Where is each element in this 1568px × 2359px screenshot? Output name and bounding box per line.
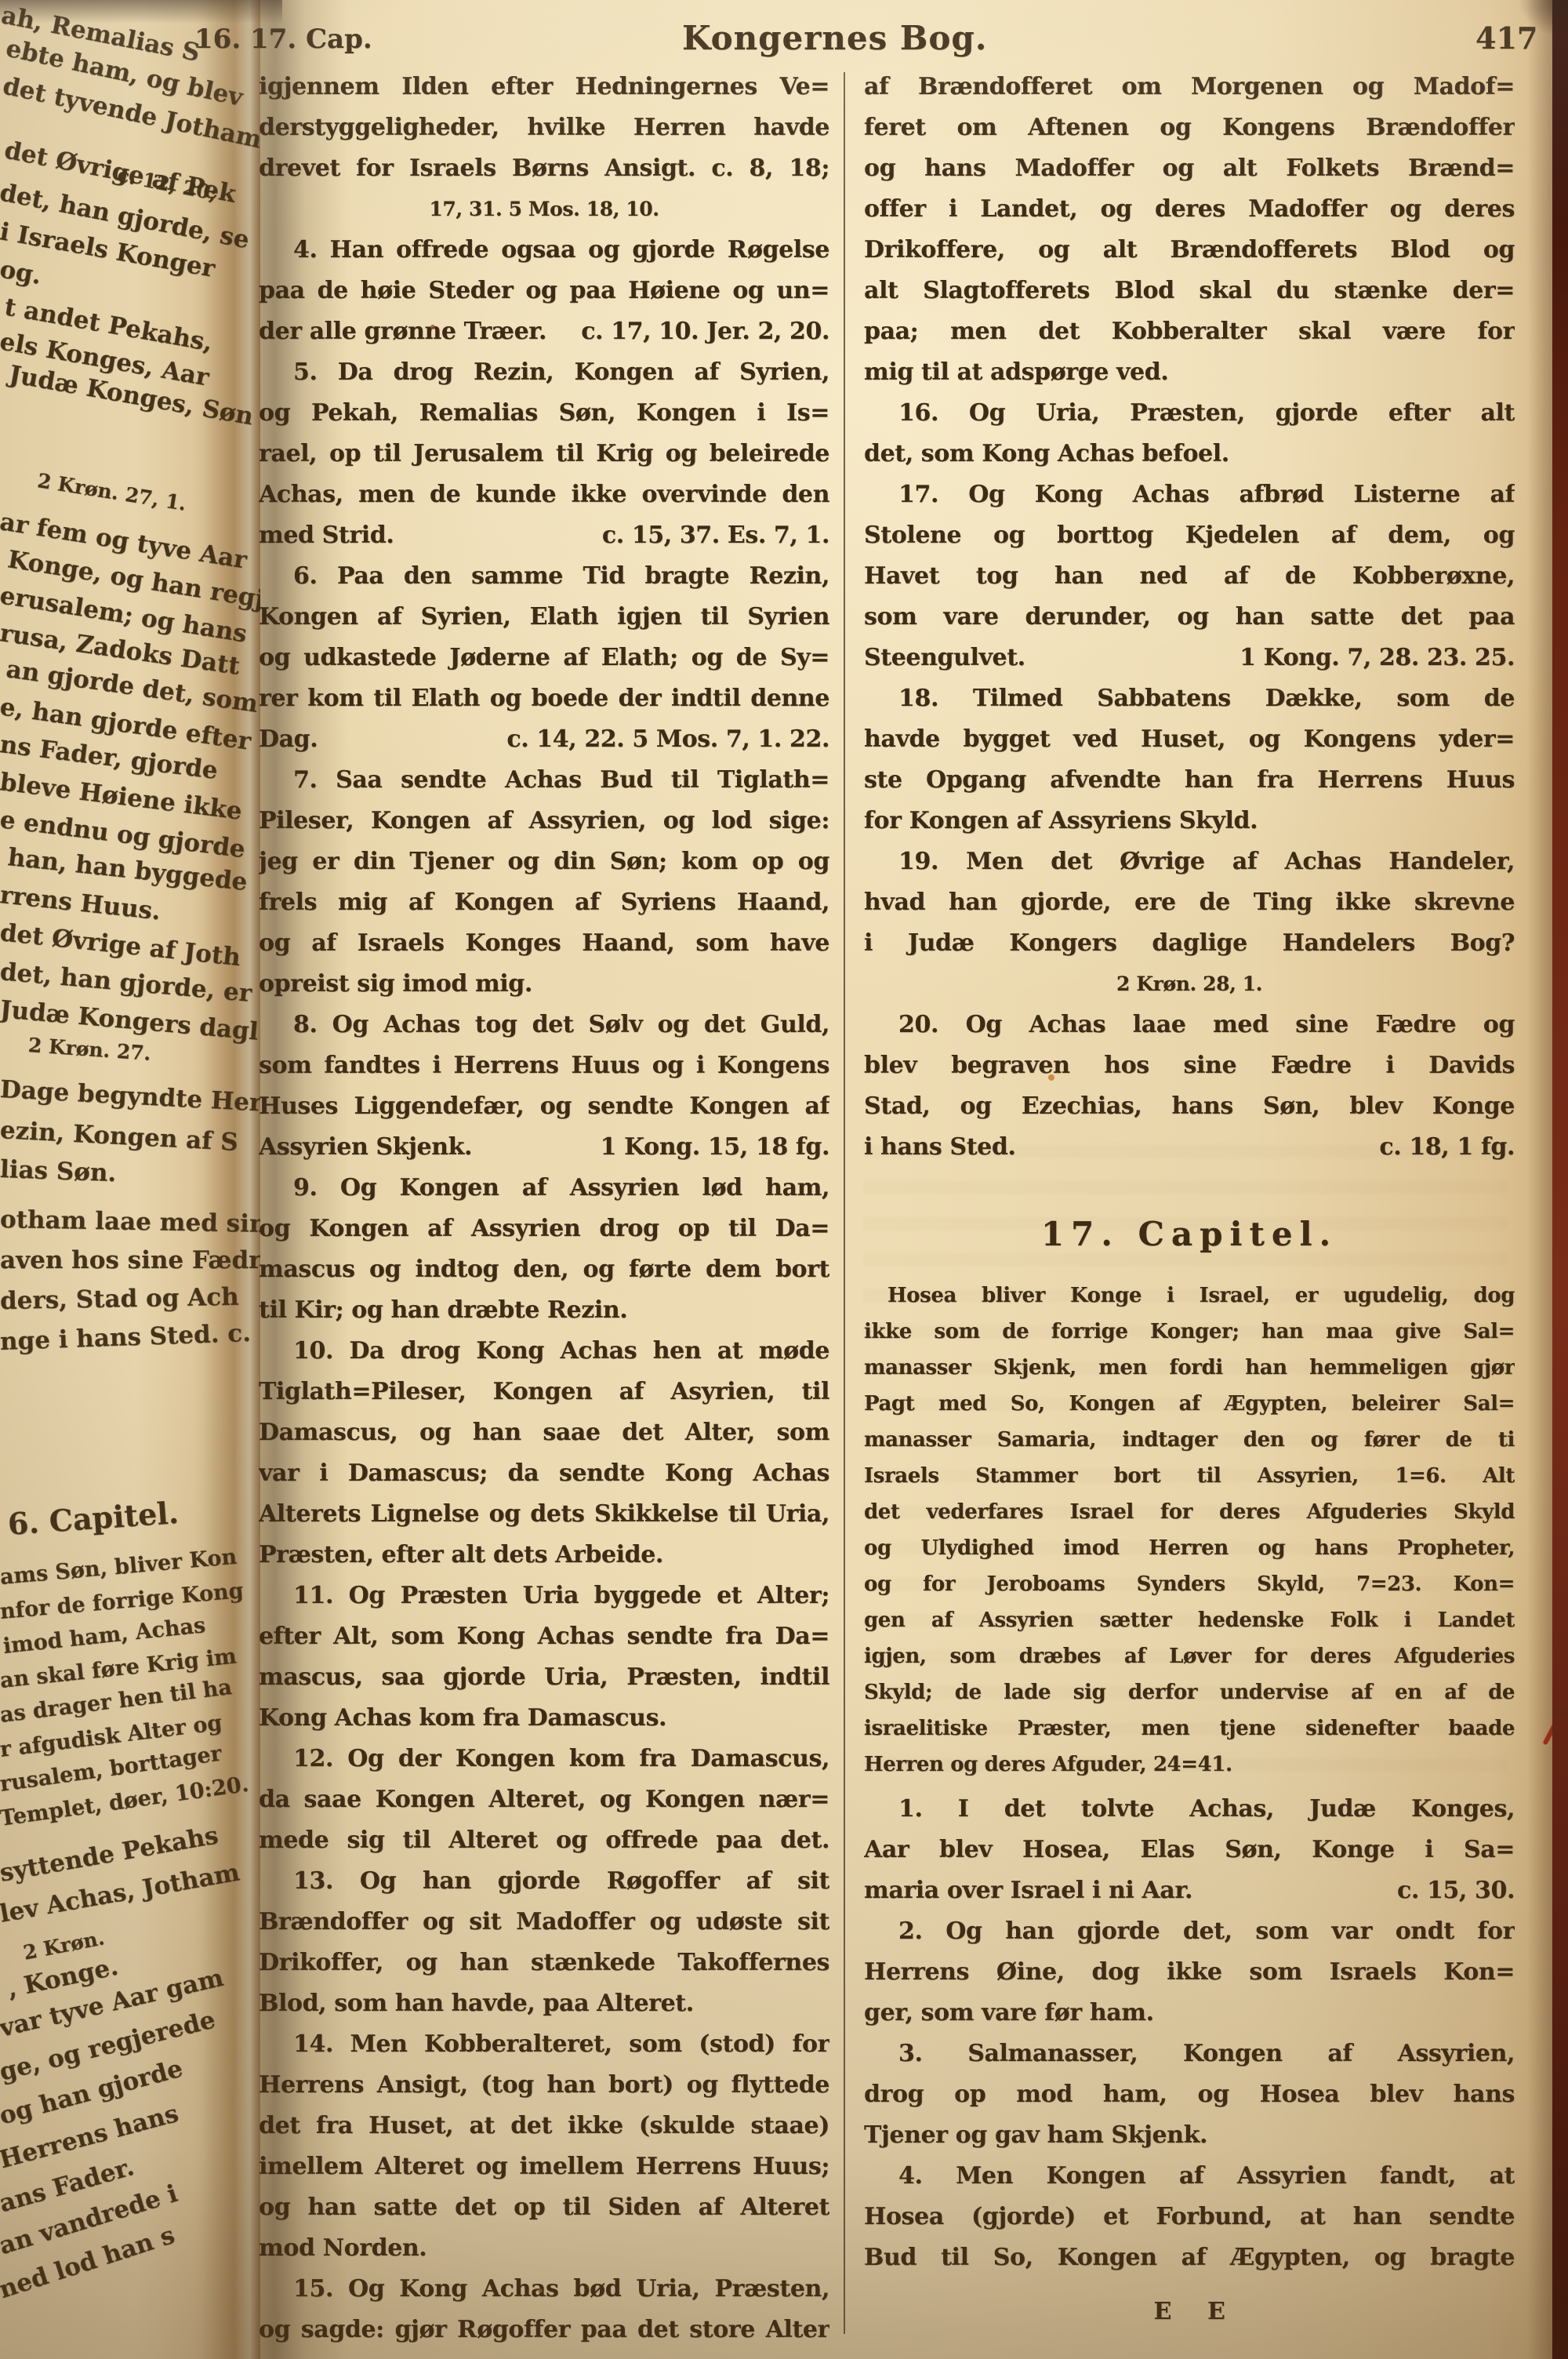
spine-text-fragment: Dage begyndte Herr — [0, 1078, 260, 1116]
book-page-photo: ah, Remalias Sebte ham, og blevdet tyven… — [0, 0, 1568, 2359]
verse-text-line: 10. Da drog Kong Achas hen at møde — [259, 1331, 829, 1372]
verse-text-line: i hans Sted.c. 18, 1 fg. — [864, 1127, 1515, 1168]
verse-text-line: og udkastede Jøderne af Elath; og de Sy= — [259, 638, 829, 678]
spine-text-fragment: ders, Stad og Ach — [0, 1285, 239, 1314]
verse-text-line: og Pekah, Remalias Søn, Kongen i Is= — [259, 393, 829, 434]
right-text-column: af Brændofferet om Morgenen og Madof=fer… — [864, 67, 1515, 2325]
verse-text: Assyrien Skjenk. — [259, 1127, 472, 1168]
signature-mark: E E — [864, 2278, 1515, 2325]
verse-text: Dag. — [259, 719, 318, 760]
verse-text-line: Tjener og gav ham Skjenk. — [864, 2115, 1515, 2156]
verse-text-line: mod Norden. — [259, 2228, 829, 2269]
verse-text-line: drevet for Israels Børns Ansigt. c. 8, 1… — [259, 148, 829, 189]
chapter-summary-line: det vederfares Israel for deres Afguderi… — [864, 1494, 1515, 1530]
verse-text-line: maria over Israel i ni Aar.c. 15, 30. — [864, 1870, 1515, 1911]
verse-text-line: 11. Og Præsten Uria byggede et Alter; — [259, 1576, 829, 1616]
cross-reference: c. 14, 22. 5 Mos. 7, 1. 22. — [506, 719, 829, 760]
cross-reference: c. 15, 30. — [1397, 1870, 1515, 1911]
column-divider-rule — [844, 72, 845, 2334]
cross-reference: 1 Kong. 7, 28. 23. 25. — [1240, 638, 1515, 678]
verse-text-line: for Kongen af Assyriens Skyld. — [864, 801, 1515, 841]
chapter-summary-line: manasser Skjenk, men fordi han hemmelige… — [864, 1350, 1515, 1386]
verse-text-line: 18. Tilmed Sabbatens Dække, som de — [864, 678, 1515, 719]
spine-text-fragment: lias Søn. — [0, 1158, 117, 1186]
corner-shadow — [1497, 0, 1568, 55]
verse-text-line: 7. Saa sendte Achas Bud til Tiglath= — [259, 760, 829, 801]
chapter-summary-line: Skyld; de lade sig derfor undervise af e… — [864, 1674, 1515, 1710]
verse-text-line: med Strid.c. 15, 37. Es. 7, 1. — [259, 515, 829, 556]
verse-text-line: rael, op til Jerusalem til Krig og belei… — [259, 434, 829, 474]
verse-text-line: Stolene og borttog Kjedelen af dem, og — [864, 515, 1515, 556]
verse-text-line: der alle grønne Træer.c. 17, 10. Jer. 2,… — [259, 311, 829, 352]
chapter-summary-line: ikke som de forrige Konger; han maa give… — [864, 1314, 1515, 1350]
spine-text-fragment: 2 Krøn. 27, 1. — [36, 471, 187, 514]
verse-text-line: 8. Og Achas tog det Sølv og det Guld, — [259, 1005, 829, 1045]
verse-text-line: 1. I det tolvte Achas, Judæ Konges, — [864, 1789, 1515, 1830]
verse-text-line: 3. Salmanasser, Kongen af Assyrien, — [864, 2034, 1515, 2074]
verse-text: maria over Israel i ni Aar. — [864, 1870, 1192, 1911]
verse-text-line: 16. Og Uria, Præsten, gjorde efter alt — [864, 393, 1515, 434]
verse-text-line: 12. Og der Kongen kom fra Damascus, — [259, 1739, 829, 1779]
verse-text-line: Kongen af Syrien, Elath igjen til Syrien — [259, 597, 829, 638]
verse-text-line: da saae Kongen Alteret, og Kongen nær= — [259, 1779, 829, 1820]
ink-speck — [538, 2288, 543, 2293]
spine-text-fragment: aven hos sine Fædr — [0, 1249, 260, 1273]
verse-text-line: havde bygget ved Huset, og Kongens yder= — [864, 719, 1515, 760]
verse-text-line: Hosea (gjorde) et Forbund, at han sendte — [864, 2197, 1515, 2237]
top-edge-shadow — [0, 0, 282, 24]
verse-text-line: paa; men det Kobberalter skal være for — [864, 311, 1515, 352]
chapter-heading: 17. Capitel. — [864, 1207, 1515, 1257]
ink-speck — [430, 325, 435, 329]
verse-text-line: paa de høie Steder og paa Høiene og un= — [259, 271, 829, 311]
verse-text-line: ste Opgang afvendte han fra Herrens Huus — [864, 760, 1515, 801]
verse-text: med Strid. — [259, 515, 394, 556]
verse-text-line: frels mig af Kongen af Syriens Haand, — [259, 882, 829, 923]
verse-text-line: Brændoffer og sit Madoffer og udøste sit — [259, 1902, 829, 1943]
verse-text-line: mascus og indtog den, og førte dem bort — [259, 1249, 829, 1290]
verse-text-line: var i Damascus; da sendte Kong Achas — [259, 1453, 829, 1494]
verse-text-line: Herrens Ansigt, (tog han bort) og flytte… — [259, 2065, 829, 2106]
verse-text-line: blev begraven hos sine Fædre i Davids — [864, 1045, 1515, 1086]
verse-text-line: 9. Og Kongen af Assyrien lød ham, — [259, 1168, 829, 1209]
chapter-summary-line: Israels Stammer bort til Assyrien, 1=6. … — [864, 1458, 1515, 1494]
verse-text-line: Pileser, Kongen af Assyrien, og lod sige… — [259, 801, 829, 841]
verse-text-line: og hans Madoffer og alt Folkets Brænd= — [864, 148, 1515, 189]
verse-text-line: 14. Men Kobberalteret, som (stod) for — [259, 2024, 829, 2065]
verse-text-line: og af Israels Konges Haand, som have — [259, 923, 829, 964]
spine-text-fragment: ezin, Kongen af S — [0, 1118, 238, 1155]
spine-text-fragment: nfor de forrige Kong — [0, 1580, 245, 1623]
verse-text-line: mascus, saa gjorde Uria, Præsten, indtil — [259, 1657, 829, 1698]
verse-text-line: 5. Da drog Rezin, Kongen af Syrien, — [259, 352, 829, 393]
left-text-column: igjennem Ilden efter Hedningernes Ve=der… — [259, 67, 829, 2350]
verse-text-line: mig til at adspørge ved. — [864, 352, 1515, 393]
verse-text-line: det fra Huset, at det ikke (skulde staae… — [259, 2106, 829, 2146]
verse-text-line: 2. Og han gjorde det, som var ondt for — [864, 1911, 1515, 1952]
verse-text-line: Præsten, efter alt dets Arbeide. — [259, 1535, 829, 1576]
verse-text-line: Herrens Øine, dog ikke som Israels Kon= — [864, 1952, 1515, 1993]
verse-text-line: hvad han gjorde, ere de Ting ikke skrevn… — [864, 882, 1515, 923]
verse-text-line: derstyggeligheder, hvilke Herren havde f… — [259, 107, 829, 148]
verse-text-line: drog op mod ham, og Hosea blev hans — [864, 2074, 1515, 2115]
cross-reference: c. 17, 10. Jer. 2, 20. — [581, 311, 829, 352]
verse-text-line: imellem Alteret og imellem Herrens Huus; — [259, 2146, 829, 2187]
verse-text: der alle grønne Træer. — [259, 311, 546, 352]
verse-text-line: og han satte det op til Siden af Alteret — [259, 2187, 829, 2228]
verse-text-line: alt Slagtofferets Blod skal du stænke de… — [864, 271, 1515, 311]
verse-text-line: Achas, men de kunde ikke overvinde den — [259, 474, 829, 515]
chapter-summary-line: Pagt med So, Kongen af Ægypten, beleirer… — [864, 1386, 1515, 1422]
chapter-summary-line: og for Jeroboams Synders Skyld, 7=23. Ko… — [864, 1566, 1515, 1602]
verse-text-line: og sagde: gjør Røgoffer paa det store Al… — [259, 2310, 829, 2350]
spine-text-fragment: 6. Capitel. — [7, 1498, 180, 1539]
verse-text-line: Drikoffer, og han stænkede Takoffernes — [259, 1943, 829, 1983]
reference-line: 2 Krøn. 28, 1. — [864, 964, 1515, 1005]
verse-text-line: offer i Landet, og deres Madoffer og der… — [864, 189, 1515, 230]
verse-text-line: 4. Han offrede ogsaa og gjorde Røgelse — [259, 230, 829, 271]
verse-text-line: mede sig til Alteret og offrede paa det. — [259, 1820, 829, 1861]
verse-text-line: Huses Liggendefær, og sendte Kongen af — [259, 1086, 829, 1127]
chapter-summary-line: og Ulydighed imod Herren og hans Prophet… — [864, 1530, 1515, 1566]
verse-text-line: Bud til So, Kongen af Ægypten, og bragte — [864, 2237, 1515, 2278]
verse-text: Steengulvet. — [864, 638, 1025, 678]
cross-reference: c. 18, 1 fg. — [1379, 1127, 1515, 1168]
verse-text-line: som vare derunder, og han satte det paa — [864, 597, 1515, 638]
verse-text-line: Dag.c. 14, 22. 5 Mos. 7, 1. 22. — [259, 719, 829, 760]
verse-text-line: Tiglath=Pileser, Kongen af Asyrien, til — [259, 1372, 829, 1412]
verse-text-line: opreist sig imod mig. — [259, 964, 829, 1005]
verse-text-line: Steengulvet.1 Kong. 7, 28. 23. 25. — [864, 638, 1515, 678]
verse-text-line: i Judæ Kongers daglige Handelers Bog? — [864, 923, 1515, 964]
verse-text-line: Stad, og Ezechias, hans Søn, blev Konge — [864, 1086, 1515, 1127]
chapter-summary-line: manasser Samaria, indtager den og fører … — [864, 1422, 1515, 1458]
spine-text-fragment: nge i hans Sted. c. 1 — [0, 1321, 260, 1354]
verse-text-line: 6. Paa den samme Tid bragte Rezin, — [259, 556, 829, 597]
verse-text-line: Assyrien Skjenk.1 Kong. 15, 18 fg. — [259, 1127, 829, 1168]
header-chapter-range: 16. 17. Cap. — [194, 24, 372, 55]
column-gap — [864, 1783, 1515, 1789]
page-edge-shadow — [1527, 0, 1554, 2359]
spine-text-fragment: rrens Huus. — [0, 883, 162, 924]
verse-text-line: Kong Achas kom fra Damascus. — [259, 1698, 829, 1739]
reference-line: 17, 31. 5 Mos. 18, 10. — [259, 189, 829, 230]
book-cover-edge — [1552, 0, 1568, 2359]
verse-text-line: og Kongen af Assyrien drog op til Da= — [259, 1209, 829, 1249]
verse-text-line: feret om Aftenen og Kongens Brændoffer — [864, 107, 1515, 148]
cross-reference: c. 15, 37. Es. 7, 1. — [602, 515, 829, 556]
column-gap — [864, 1257, 1515, 1278]
verse-text-line: til Kir; og han dræbte Rezin. — [259, 1290, 829, 1331]
verse-text-line: efter Alt, som Kong Achas sendte fra Da= — [259, 1616, 829, 1657]
spine-text-fragment: og. — [0, 257, 43, 289]
verse-text-line: Aar blev Hosea, Elas Søn, Konge i Sa= — [864, 1830, 1515, 1870]
chapter-summary-line: igjen, som dræbes af Løver for deres Afg… — [864, 1638, 1515, 1674]
verse-text-line: ger, som vare før ham. — [864, 1993, 1515, 2034]
verse-text-line: 19. Men det Øvrige af Achas Handeler, — [864, 841, 1515, 882]
verse-text-line: Damascus, og han saae det Alter, som — [259, 1412, 829, 1453]
chapter-summary-line: israelitiske Præster, men tjene sideneft… — [864, 1710, 1515, 1747]
verse-text-line: 13. Og han gjorde Røgoffer af sit — [259, 1861, 829, 1902]
previous-page-edge: ah, Remalias Sebte ham, og blevdet tyven… — [0, 0, 260, 2359]
ink-speck — [1048, 1074, 1054, 1081]
running-title: Kongernes Bog. — [682, 19, 980, 57]
column-gap — [864, 1168, 1515, 1207]
verse-text-line: Alterets Lignelse og dets Skikkelse til … — [259, 1494, 829, 1535]
verse-text-line: som fandtes i Herrens Huus og i Kongens — [259, 1045, 829, 1086]
verse-text-line: rer kom til Elath og boede der indtil de… — [259, 678, 829, 719]
verse-text-line: 4. Men Kongen af Assyrien fandt, at — [864, 2156, 1515, 2197]
verse-text-line: jeg er din Tjener og din Søn; kom op og — [259, 841, 829, 882]
verse-text: i hans Sted. — [864, 1127, 1015, 1168]
verse-text-line: Blod, som han havde, paa Alteret. — [259, 1983, 829, 2024]
verse-text-line: 15. Og Kong Achas bød Uria, Præsten, — [259, 2269, 829, 2310]
chapter-summary-line: Herren og deres Afguder, 24=41. — [864, 1747, 1515, 1783]
verse-text-line: igjennem Ilden efter Hedningernes Ve= — [259, 67, 829, 107]
chapter-summary-line: Hosea bliver Konge i Israel, er ugudelig… — [864, 1278, 1515, 1314]
chapter-summary-line: gen af Assyrien sætter hedenske Folk i L… — [864, 1602, 1515, 1638]
verse-text-line: 17. Og Kong Achas afbrød Listerne af — [864, 474, 1515, 515]
verse-text-line: 20. Og Achas laae med sine Fædre og — [864, 1005, 1515, 1045]
cross-reference: 1 Kong. 15, 18 fg. — [601, 1127, 829, 1168]
verse-text-line: Drikoffere, og alt Brændofferets Blod og — [864, 230, 1515, 271]
verse-text-line: Havet tog han ned af de Kobberøxne, — [864, 556, 1515, 597]
spine-text-fragment: otham laae med sin — [0, 1208, 260, 1237]
verse-text-line: det, som Kong Achas befoel. — [864, 434, 1515, 474]
spine-text-fragment: 2 Krøn. 27. — [27, 1035, 151, 1063]
verse-text-line: af Brændofferet om Morgenen og Madof= — [864, 67, 1515, 107]
